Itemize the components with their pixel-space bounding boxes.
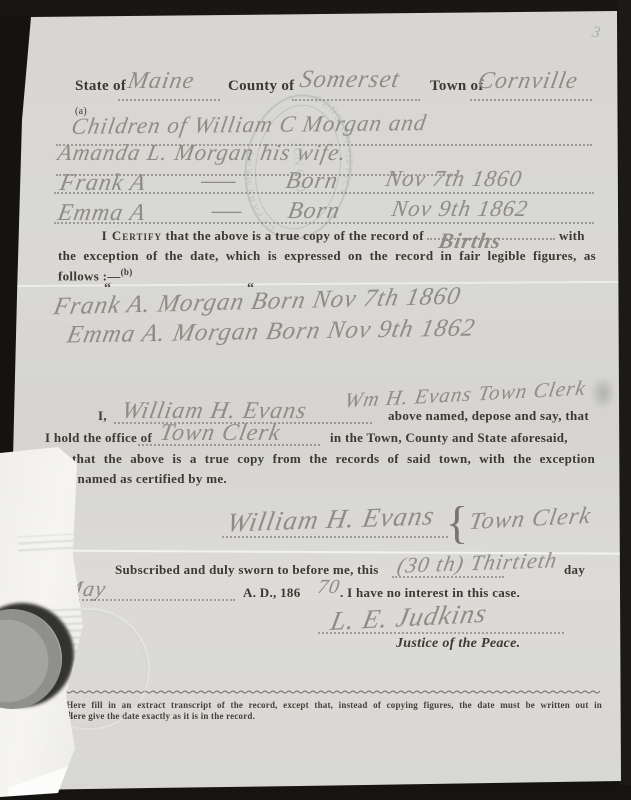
clerk-title: Town Clerk bbox=[470, 506, 590, 533]
certify-paragraph: I Certify that the above is a true copy … bbox=[58, 228, 598, 244]
mount-edge-right bbox=[619, 0, 631, 800]
affidavit-i-label: I, bbox=[98, 408, 107, 424]
clerk-note: Wm H. Evans Town Clerk bbox=[346, 382, 585, 407]
document-sheet: DEPARTMENT PENSION OFFICE JUN 6 70 State… bbox=[0, 0, 631, 800]
ink-smudge bbox=[590, 376, 616, 410]
blank-rule bbox=[470, 85, 592, 101]
blank-rule bbox=[292, 85, 420, 101]
affidavit-line-2-rest: in the Town, County and State aforesaid, bbox=[330, 430, 568, 446]
jurat-line-2-rest: . I have no interest in this case. bbox=[340, 585, 520, 601]
jurat-year-value: 70 bbox=[318, 576, 340, 599]
footnote-marker-b: (b) bbox=[121, 267, 133, 277]
jurat-year-lead: A. D., 186 bbox=[243, 585, 301, 601]
jurat-day-value: (30 th) Thirtieth bbox=[398, 550, 557, 576]
affidavit-line-2-lead: I hold the office of bbox=[45, 430, 152, 446]
blank-rule bbox=[222, 522, 448, 538]
certify-tail: with bbox=[559, 228, 585, 243]
certify-line-3: follows :—(b) bbox=[58, 267, 133, 284]
blank-rule bbox=[54, 208, 594, 224]
blank-rule bbox=[55, 585, 235, 601]
blank-rule bbox=[118, 85, 220, 101]
certify-line-2: the exception of the date, which is expr… bbox=[58, 248, 596, 264]
affidavit-line-1-rest: above named, depose and say, that bbox=[388, 408, 589, 424]
bleed-through-text bbox=[18, 533, 77, 556]
scanned-document: DEPARTMENT PENSION OFFICE JUN 6 70 State… bbox=[0, 0, 631, 800]
corner-pencil-number: 3 bbox=[590, 23, 602, 42]
certify-body: that the above is a true copy of the rec… bbox=[166, 228, 424, 243]
transcript-line-2: Emma A. Morgan Born Nov 9th 1862 bbox=[68, 318, 474, 346]
signature-brace: { bbox=[446, 496, 468, 549]
blank-rule bbox=[54, 178, 594, 194]
blank-rule bbox=[318, 618, 564, 634]
jurat-day-label: day bbox=[564, 562, 585, 578]
affidavit-line-3: and that the above is a true copy from t… bbox=[42, 451, 595, 467]
transcript-line-1: Frank A. Morgan Born Nov 7th 1860 bbox=[55, 288, 460, 316]
county-label: County of bbox=[228, 78, 294, 95]
justice-title: Justice of the Peace. bbox=[396, 636, 521, 652]
certify-lead: I Certify bbox=[102, 228, 162, 243]
blank-rule bbox=[138, 430, 320, 446]
